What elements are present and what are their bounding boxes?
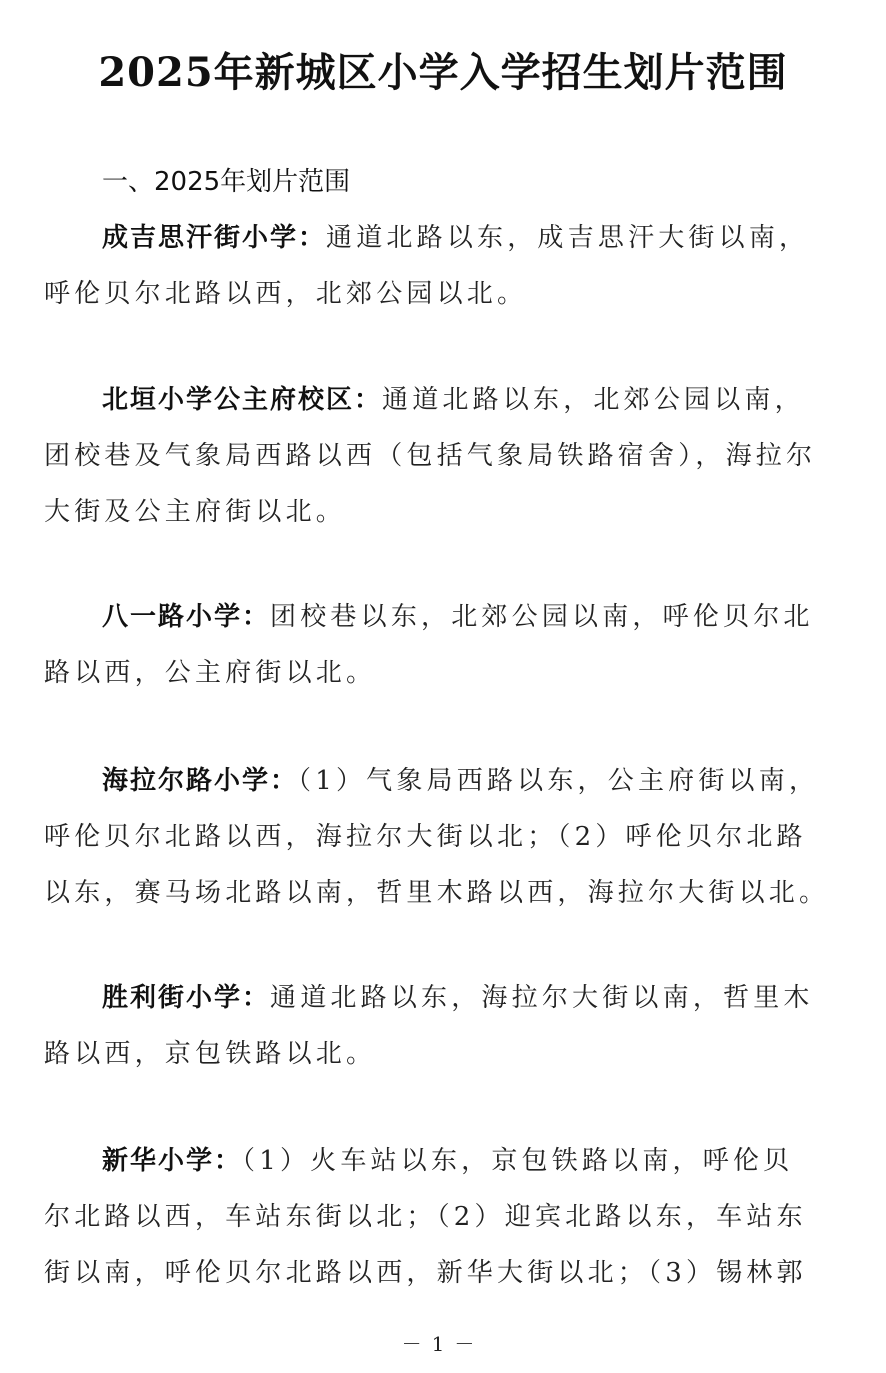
school-paragraph: 胜利街小学：通道北路以东，海拉尔大街以南，哲里木 路以西，京包铁路以北。 xyxy=(44,970,804,1082)
paragraph-line: 呼伦贝尔北路以西，北郊公园以北。 xyxy=(44,266,804,322)
document-title: 2025年新城区小学入学招生划片范围 xyxy=(0,45,886,101)
paragraph-line: 街以南，呼伦贝尔北路以西，新华大街以北；（3）锡林郭 xyxy=(44,1245,804,1301)
school-paragraph: 北垣小学公主府校区：通道北路以东，北郊公园以南， 团校巷及气象局西路以西（包括气… xyxy=(44,372,804,540)
paragraph-line: 路以西，公主府街以北。 xyxy=(44,645,804,701)
paragraph-line: 八一路小学：团校巷以东，北郊公园以南，呼伦贝尔北 xyxy=(44,589,804,645)
school-paragraph: 八一路小学：团校巷以东，北郊公园以南，呼伦贝尔北 路以西，公主府街以北。 xyxy=(44,589,804,701)
paragraph-line: 海拉尔路小学：（1）气象局西路以东，公主府街以南， xyxy=(44,753,804,809)
boundary-text: 团校巷以东，北郊公园以南，呼伦贝尔北 xyxy=(270,602,814,632)
paragraph-line: 呼伦贝尔北路以西，海拉尔大街以北；（2）呼伦贝尔北路 xyxy=(44,809,804,865)
school-name: 胜利街小学： xyxy=(102,983,270,1013)
boundary-text: 通道北路以东，海拉尔大街以南，哲里木 xyxy=(270,983,814,1013)
paragraph-line: 胜利街小学：通道北路以东，海拉尔大街以南，哲里木 xyxy=(44,970,804,1026)
school-paragraph: 海拉尔路小学：（1）气象局西路以东，公主府街以南， 呼伦贝尔北路以西，海拉尔大街… xyxy=(44,753,804,921)
paragraph-line: 团校巷及气象局西路以西（包括气象局铁路宿舍），海拉尔 xyxy=(44,428,804,484)
school-name: 海拉尔路小学： xyxy=(102,766,298,796)
paragraph-line: 新华小学：（1）火车站以东，京包铁路以南，呼伦贝 xyxy=(44,1133,804,1189)
boundary-text: 通道北路以东，北郊公园以南， xyxy=(382,385,805,415)
school-name: 北垣小学公主府校区： xyxy=(102,385,382,415)
paragraph-line: 北垣小学公主府校区：通道北路以东，北郊公园以南， xyxy=(44,372,804,428)
boundary-text: 通道北路以东，成吉思汗大街以南， xyxy=(326,223,809,253)
paragraph-line: 成吉思汗街小学：通道北路以东，成吉思汗大街以南， xyxy=(44,210,804,266)
paragraph-line: 尔北路以西，车站东街以北；（2）迎宾北路以东，车站东 xyxy=(44,1189,804,1245)
paragraph-line: 路以西，京包铁路以北。 xyxy=(44,1026,804,1082)
school-paragraph: 成吉思汗街小学：通道北路以东，成吉思汗大街以南， 呼伦贝尔北路以西，北郊公园以北… xyxy=(44,210,804,322)
school-name: 新华小学： xyxy=(102,1146,242,1176)
paragraph-line: 以东，赛马场北路以南，哲里木路以西，海拉尔大街以北。 xyxy=(44,865,804,921)
school-paragraph: 新华小学：（1）火车站以东，京包铁路以南，呼伦贝 尔北路以西，车站东街以北；（2… xyxy=(44,1133,804,1301)
boundary-text: （1）火车站以东，京包铁路以南，呼伦贝 xyxy=(242,1146,793,1176)
section-heading: 一、2025年划片范围 xyxy=(102,162,350,202)
page-number: －1－ xyxy=(0,1330,886,1358)
school-name: 成吉思汗街小学： xyxy=(102,223,326,253)
boundary-text: （1）气象局西路以东，公主府街以南， xyxy=(298,766,819,796)
school-name: 八一路小学： xyxy=(102,602,270,632)
paragraph-line: 大街及公主府街以北。 xyxy=(44,484,804,540)
